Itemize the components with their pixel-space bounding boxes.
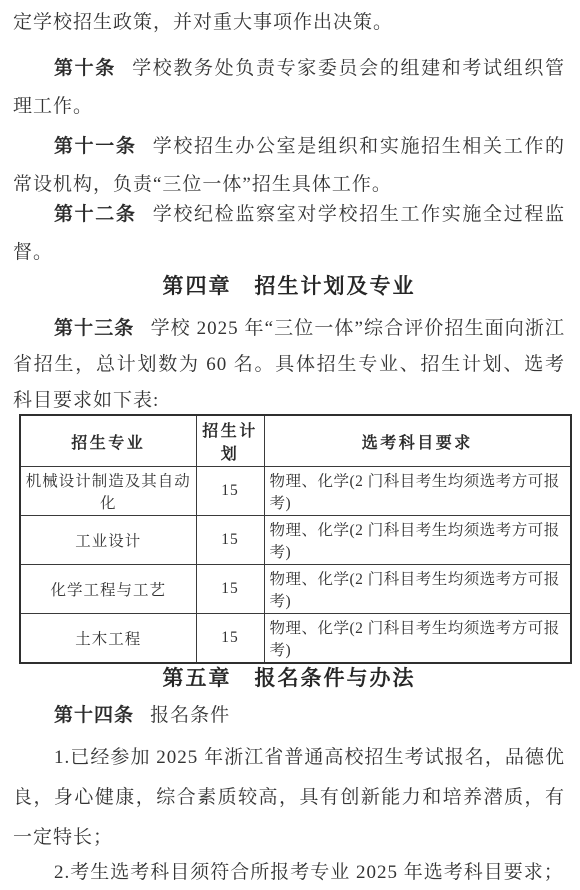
cell-plan: 15 — [196, 614, 264, 664]
article-14-text: 报名条件 — [150, 705, 230, 726]
article-14-label: 第十四条 — [54, 705, 134, 726]
cell-requirement: 物理、化学(2 门科目考生均须选考方可报考) — [264, 467, 571, 516]
table-row: 工业设计 15 物理、化学(2 门科目考生均须选考方可报考) — [20, 516, 571, 565]
cell-plan: 15 — [196, 467, 264, 516]
article-10-label: 第十条 — [54, 58, 116, 79]
cell-plan: 15 — [196, 565, 264, 614]
header-plan: 招生计划 — [196, 415, 264, 467]
article-10-paragraph: 第十条学校教务处负责专家委员会的组建和考试组织管理工作。 — [13, 50, 565, 126]
cell-major: 土木工程 — [20, 614, 196, 664]
article-13-paragraph: 第十三条学校 2025 年“三位一体”综合评价招生面向浙江省招生，总计划数为 6… — [13, 311, 565, 419]
header-major: 招生专业 — [20, 415, 196, 467]
table-header-row: 招生专业 招生计划 选考科目要求 — [20, 415, 571, 467]
cell-plan: 15 — [196, 516, 264, 565]
document-page: 定学校招生政策，并对重大事项作出决策。 第十条学校教务处负责专家委员会的组建和考… — [0, 0, 580, 890]
cell-major: 工业设计 — [20, 516, 196, 565]
table-row: 化学工程与工艺 15 物理、化学(2 门科目考生均须选考方可报考) — [20, 565, 571, 614]
cell-major: 化学工程与工艺 — [20, 565, 196, 614]
article-12-paragraph: 第十二条学校纪检监察室对学校招生工作实施全过程监督。 — [13, 196, 565, 272]
table-row: 土木工程 15 物理、化学(2 门科目考生均须选考方可报考) — [20, 614, 571, 664]
chapter-5-heading: 第五章 报名条件与办法 — [13, 664, 565, 694]
header-subject-requirement: 选考科目要求 — [264, 415, 571, 467]
article-11-paragraph: 第十一条学校招生办公室是组织和实施招生相关工作的常设机构，负责“三位一体”招生具… — [13, 128, 565, 204]
article-13-label: 第十三条 — [54, 318, 134, 339]
condition-item-2: 2.考生选考科目须符合所报考专业 2025 年选考科目要求； — [13, 858, 565, 888]
continuation-paragraph: 定学校招生政策，并对重大事项作出决策。 — [13, 8, 565, 38]
admission-plan-table: 招生专业 招生计划 选考科目要求 机械设计制造及其自动化 15 物理、化学(2 … — [19, 414, 572, 664]
cell-requirement: 物理、化学(2 门科目考生均须选考方可报考) — [264, 516, 571, 565]
article-14-paragraph: 第十四条报名条件 — [13, 701, 565, 731]
cell-major: 机械设计制造及其自动化 — [20, 467, 196, 516]
article-12-label: 第十二条 — [54, 204, 137, 225]
table-row: 机械设计制造及其自动化 15 物理、化学(2 门科目考生均须选考方可报考) — [20, 467, 571, 516]
cell-requirement: 物理、化学(2 门科目考生均须选考方可报考) — [264, 565, 571, 614]
condition-item-1: 1.已经参加 2025 年浙江省普通高校招生考试报名，品德优良，身心健康，综合素… — [13, 738, 565, 858]
article-11-label: 第十一条 — [54, 136, 137, 157]
cell-requirement: 物理、化学(2 门科目考生均须选考方可报考) — [264, 614, 571, 664]
chapter-4-heading: 第四章 招生计划及专业 — [13, 272, 565, 302]
